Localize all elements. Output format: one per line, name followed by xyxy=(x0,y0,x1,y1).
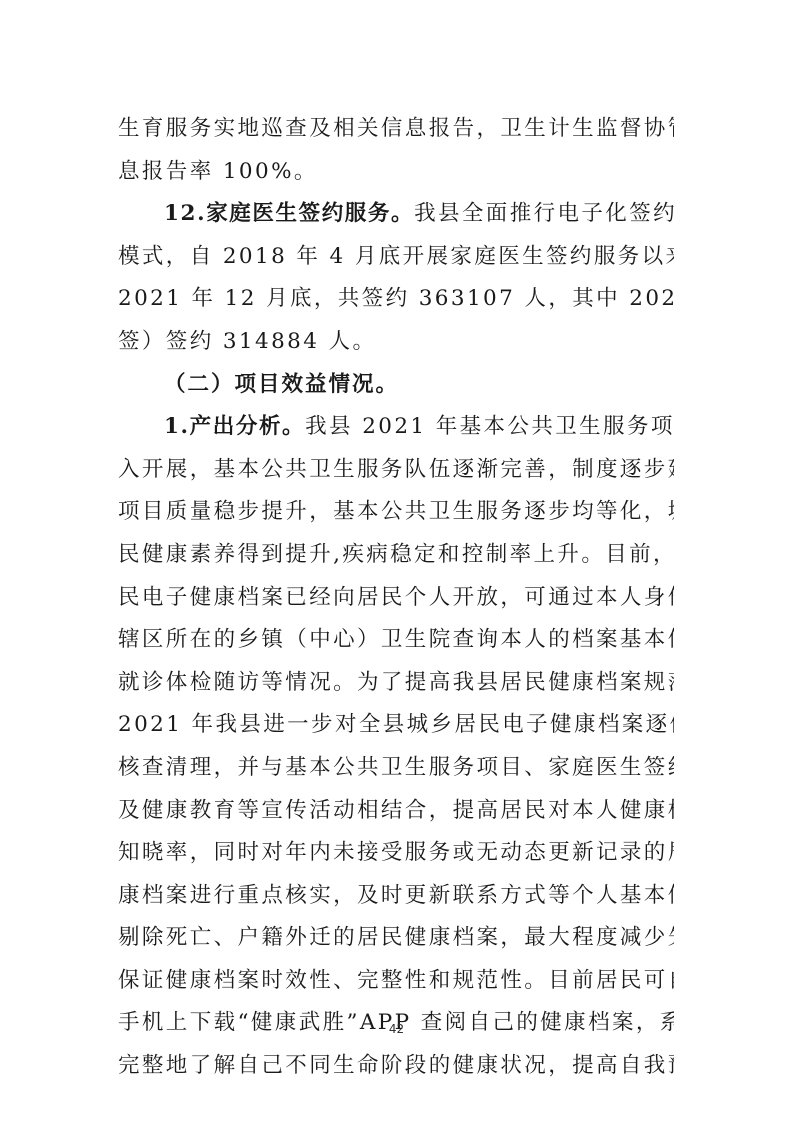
text-fragment: 我县全面推行电子化签约服务 xyxy=(414,201,674,226)
text-line: 辖区所在的乡镇（中心）卫生院查询本人的档案基本信息、 xyxy=(118,619,674,662)
paragraph-family-doctor: 12.家庭医生签约服务。我县全面推行电子化签约服务 模式，自 2018 年 4 … xyxy=(118,193,674,363)
text-line: 保证健康档案时效性、完整性和规范性。目前居民可自行在 xyxy=(118,960,674,1003)
text-line: 12.家庭医生签约服务。我县全面推行电子化签约服务 xyxy=(118,193,674,236)
paragraph-supervision-continued: 生育服务实地巡查及相关信息报告，卫生计生监督协管信 息报告率 100%。 xyxy=(118,108,674,193)
text-line: 康档案进行重点核实，及时更新联系方式等个人基本信息， xyxy=(118,875,674,918)
paragraph-output-analysis: 1.产出分析。我县 2021 年基本公共卫生服务项目不断深 入开展，基本公共卫生… xyxy=(118,406,674,1088)
text-line: 核查清理，并与基本公共卫生服务项目、家庭医生签约服务 xyxy=(118,747,674,790)
text-line: 1.产出分析。我县 2021 年基本公共卫生服务项目不断深 xyxy=(118,406,674,449)
document-page: 生育服务实地巡查及相关信息报告，卫生计生监督协管信 息报告率 100%。 12.… xyxy=(118,108,674,1088)
text-line: 2021 年 12 月底，共签约 363107 人，其中 2021 年新增（续 xyxy=(118,278,674,321)
text-line: 知晓率，同时对年内未接受服务或无动态更新记录的居民健 xyxy=(118,832,674,875)
page-number: 42 xyxy=(0,1022,793,1036)
text-fragment: 我县 2021 年基本公共卫生服务项目不断深 xyxy=(305,414,674,439)
text-line: 息报告率 100%。 xyxy=(118,151,674,194)
text-line: 2021 年我县进一步对全县城乡居民电子健康档案逐份进行 xyxy=(118,704,674,747)
text-line: 民健康素养得到提升,疾病稳定和控制率上升。目前，我县居 xyxy=(118,534,674,577)
text-line: 入开展，基本公共卫生服务队伍逐渐完善，制度逐步建立， xyxy=(118,449,674,492)
text-line: 及健康教育等宣传活动相结合，提高居民对本人健康档案的 xyxy=(118,790,674,833)
text-line: 剔除死亡、户籍外迁的居民健康档案，最大程度减少失访， xyxy=(118,917,674,960)
section-label-family-doctor: 12.家庭医生签约服务。 xyxy=(164,201,414,226)
text-line: 就诊体检随访等情况。为了提高我县居民健康档案规范管理， xyxy=(118,662,674,705)
text-line: 民电子健康档案已经向居民个人开放，可通过本人身份证到 xyxy=(118,577,674,620)
text-line: 模式，自 2018 年 4 月底开展家庭医生签约服务以来，截止 xyxy=(118,236,674,279)
text-line: 生育服务实地巡查及相关信息报告，卫生计生监督协管信 xyxy=(118,108,674,151)
text-line: 项目质量稳步提升，基本公共卫生服务逐步均等化，城乡居 xyxy=(118,491,674,534)
text-line: 完整地了解自己不同生命阶段的健康状况，提高自我预防保 xyxy=(118,1045,674,1088)
section-heading-project-benefits: （二）项目效益情况。 xyxy=(118,364,674,407)
text-line: 签）签约 314884 人。 xyxy=(118,321,674,364)
section-label-output-analysis: 1.产出分析。 xyxy=(164,414,305,439)
